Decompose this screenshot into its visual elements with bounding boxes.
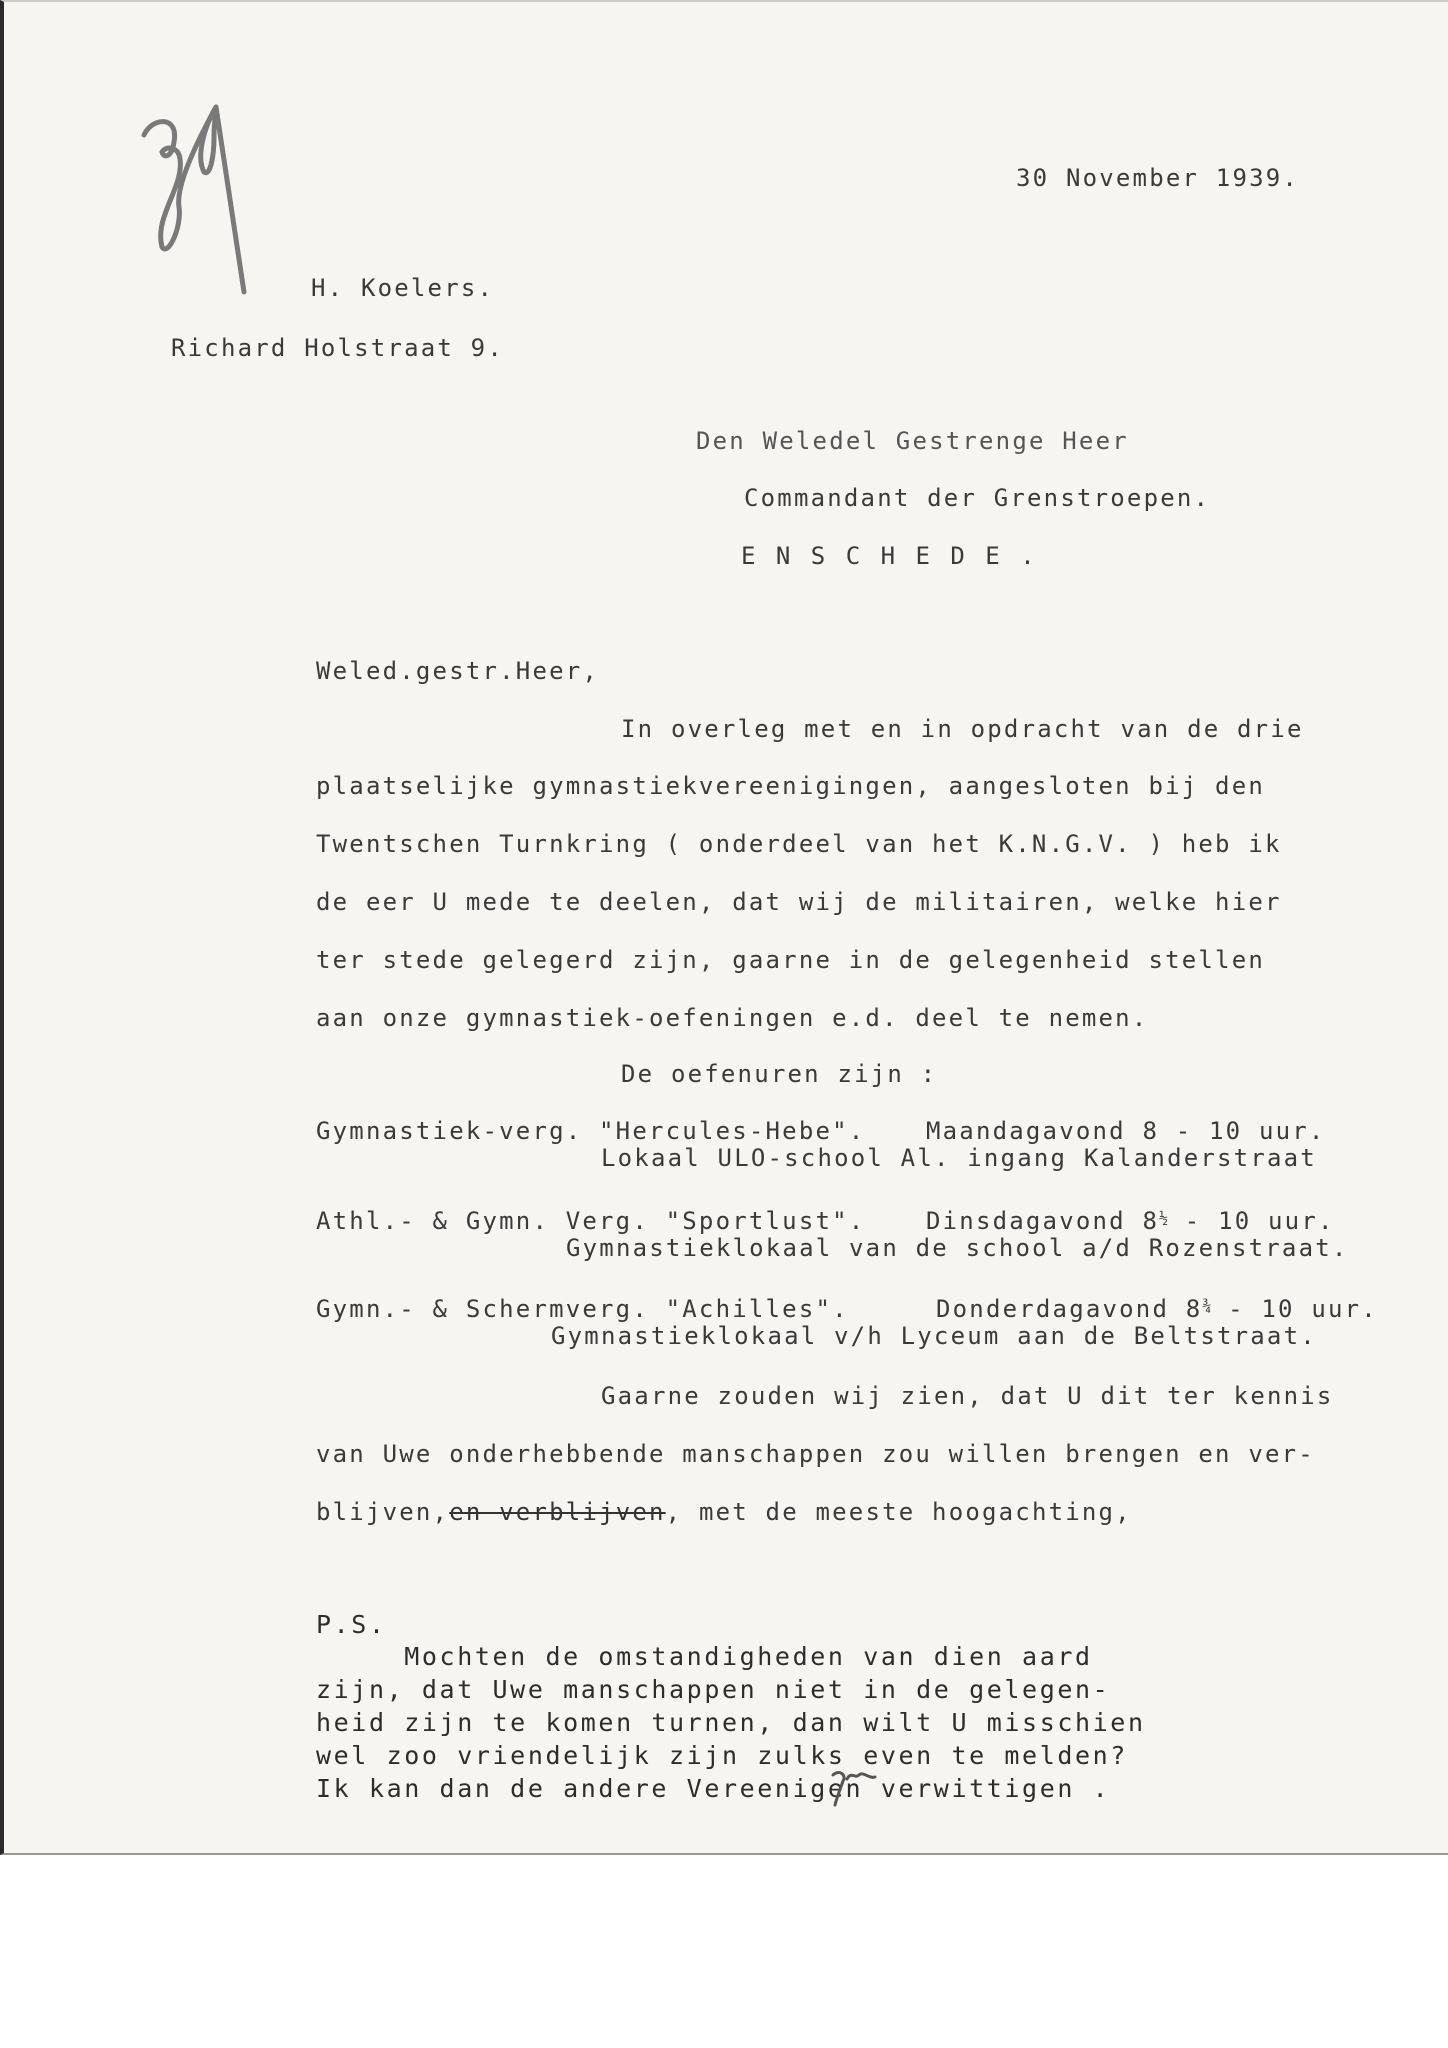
body-line: Twentschen Turnkring ( onderdeel van het… <box>316 830 1282 858</box>
body-line: In overleg met en in opdracht van de dri… <box>621 715 1304 743</box>
body-line: plaatselijke gymnastiekvereenigingen, aa… <box>316 772 1265 800</box>
body-line: van Uwe onderhebbende manschappen zou wi… <box>316 1440 1315 1468</box>
postscript-line: Ik kan dan de andere Vereenigen verwitti… <box>316 1774 1110 1803</box>
schedule-location: Lokaal ULO-school Al. ingang Kalanderstr… <box>601 1144 1317 1172</box>
body-line: ter stede gelegerd zijn, gaarne in de ge… <box>316 946 1265 974</box>
body-line: Gaarne zouden wij zien, dat U dit ter ke… <box>601 1382 1334 1410</box>
postscript-line: Mochten de omstandigheden van dien aard <box>316 1642 1093 1671</box>
handwritten-archive-number <box>134 97 264 297</box>
sender-name: H. Koelers. <box>311 274 494 302</box>
schedule-time: Donderdagavond 8¾ - 10 uur. <box>936 1295 1378 1323</box>
schedule-club: Gymnastiek-verg. "Hercules-Hebe". <box>316 1117 865 1145</box>
schedule-club: Athl.- & Gymn. Verg. "Sportlust". <box>316 1207 865 1235</box>
schedule-heading: De oefenuren zijn : <box>621 1060 937 1088</box>
postscript-line: wel zoo vriendelijk zijn zulks even te m… <box>316 1741 1128 1770</box>
recipient-line-1: Den Weledel Gestrenge Heer <box>696 427 1129 455</box>
schedule-club: Gymn.- & Schermverg. "Achilles". <box>316 1295 849 1323</box>
letter-page: 30 November 1939. H. Koelers. Richard Ho… <box>0 0 1448 1855</box>
closing-line: blijven,en verblijven, met de meeste hoo… <box>316 1498 1132 1526</box>
postscript-label: P.S. <box>316 1610 387 1639</box>
schedule-time: Maandagavond 8 - 10 uur. <box>926 1117 1326 1145</box>
schedule-location: Gymnastieklokaal van de school a/d Rozen… <box>566 1234 1349 1262</box>
postscript-line: zijn, dat Uwe manschappen niet in de gel… <box>316 1675 1110 1704</box>
postscript-line: heid zijn te komen turnen, dan wilt U mi… <box>316 1708 1146 1737</box>
handwritten-correction-mark <box>829 1767 889 1807</box>
sender-address: Richard Holstraat 9. <box>171 334 504 362</box>
salutation: Weled.gestr.Heer, <box>316 657 599 685</box>
struck-text: en verblijven <box>449 1498 665 1526</box>
recipient-line-2: Commandant der Grenstroepen. <box>744 484 1210 512</box>
body-line: de eer U mede te deelen, dat wij de mili… <box>316 888 1282 916</box>
letter-date: 30 November 1939. <box>1016 164 1299 192</box>
body-line: aan onze gymnastiek-oefeningen e.d. deel… <box>316 1004 1148 1032</box>
recipient-city: E N S C H E D E . <box>741 542 1038 570</box>
schedule-time: Dinsdagavond 8½ - 10 uur. <box>926 1207 1335 1235</box>
schedule-location: Gymnastieklokaal v/h Lyceum aan de Belts… <box>551 1322 1317 1350</box>
